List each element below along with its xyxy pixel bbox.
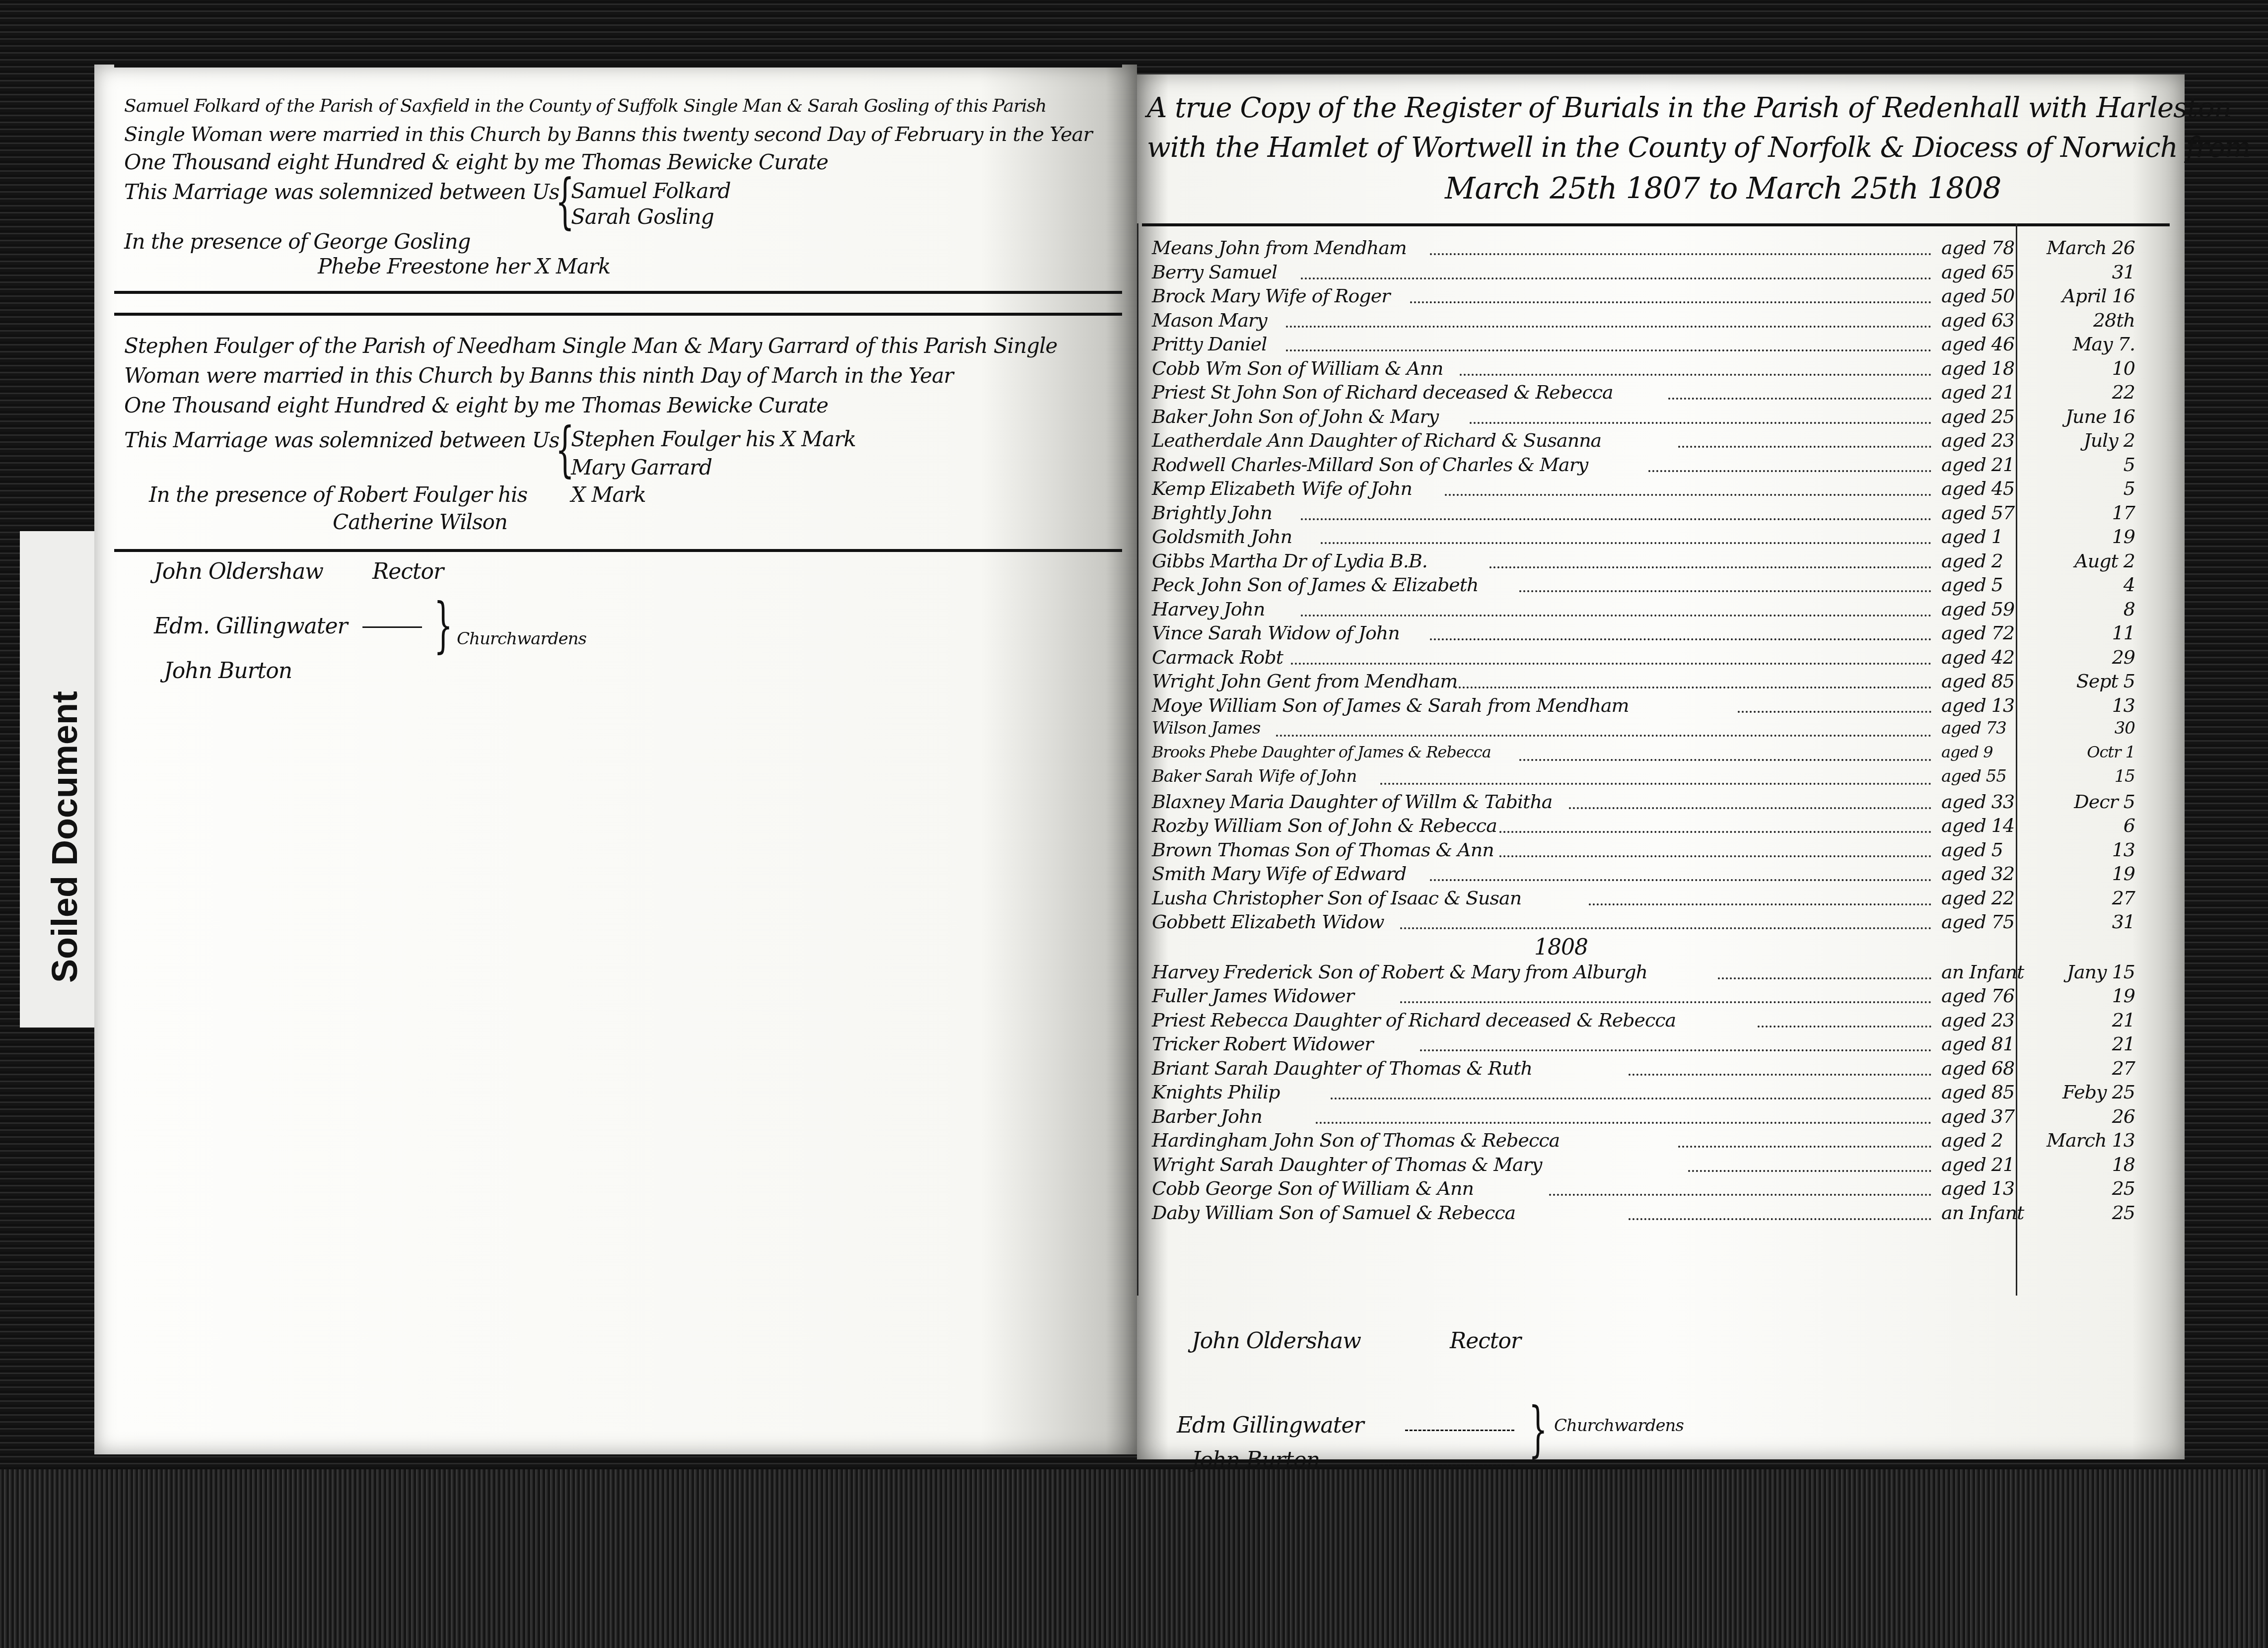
burial-age: aged 76 xyxy=(1941,986,2014,1005)
burial-date: 25 xyxy=(2026,1179,2135,1198)
burial-row: Goldsmith Johnaged 119 xyxy=(1152,527,2175,551)
churchwardens-label: Churchwardens xyxy=(1554,1417,1684,1434)
churchwarden-signature: Edm. Gillingwater xyxy=(154,616,348,637)
burial-date: 25 xyxy=(2026,1203,2135,1222)
burial-date: 29 xyxy=(2026,648,2135,667)
burial-age: aged 2 xyxy=(1941,551,2003,570)
dotted-leader xyxy=(1316,1122,1931,1124)
burial-row: Peck John Son of James & Elizabethaged 5… xyxy=(1152,575,2175,600)
burial-row: Rodwell Charles-Millard Son of Charles &… xyxy=(1152,455,2175,480)
entry-line: Woman were married in this Church by Ban… xyxy=(124,365,953,386)
dotted-leader xyxy=(1519,590,1931,592)
burial-age: aged 9 xyxy=(1941,744,1993,760)
dotted-leader xyxy=(1286,349,1931,351)
burial-row: Brightly Johnaged 5717 xyxy=(1152,503,2175,528)
dotted-leader xyxy=(1758,1026,1931,1028)
burial-date: 13 xyxy=(2026,840,2135,859)
burial-row: Kemp Elizabeth Wife of Johnaged 455 xyxy=(1152,479,2175,503)
burial-age: aged 13 xyxy=(1941,1179,2014,1198)
dotted-leader xyxy=(1455,687,1931,688)
burial-name: Brooks Phebe Daughter of James & Rebecca xyxy=(1152,744,1491,760)
dotted-leader xyxy=(1276,735,1931,737)
burial-age: aged 81 xyxy=(1941,1034,2014,1053)
year-divider: 1808 xyxy=(1534,937,1588,959)
burial-name: Barber John xyxy=(1152,1107,1262,1126)
burial-row: Gobbett Elizabeth Widowaged 7531 xyxy=(1152,912,2175,937)
burial-row: Wright John Gent from Mendhamaged 85Sept… xyxy=(1152,672,2175,696)
burial-date: May 7. xyxy=(2026,335,2135,353)
burial-date: 22 xyxy=(2026,383,2135,402)
burial-age: aged 57 xyxy=(1941,503,2014,522)
burial-name: Wright John Gent from Mendham xyxy=(1152,672,1457,690)
burial-name: Baker John Son of John & Mary xyxy=(1152,407,1438,426)
burial-date: 27 xyxy=(2026,889,2135,907)
dotted-leader xyxy=(1420,1049,1931,1051)
burial-row: Brooks Phebe Daughter of James & Rebecca… xyxy=(1152,744,2175,768)
title-line-2: with the Hamlet of Wortwell in the Count… xyxy=(1147,134,2251,162)
burial-age: aged 37 xyxy=(1941,1107,2014,1126)
burial-name: Fuller James Widower xyxy=(1152,986,1354,1005)
dotted-leader xyxy=(1629,1074,1931,1076)
burial-date: 8 xyxy=(2026,600,2135,618)
table-border-left xyxy=(1137,223,1138,1296)
dotted-leader xyxy=(1430,638,1931,640)
burial-name: Means John from Mendham xyxy=(1152,238,1407,257)
entry-line: Samuel Folkard of the Parish of Saxfield… xyxy=(124,97,1047,115)
burial-date: June 16 xyxy=(2026,407,2135,426)
churchwarden-signature: John Burton xyxy=(164,660,292,682)
solemnized-label: This Marriage was solemnized between Us xyxy=(124,430,559,451)
dotted-leader xyxy=(1410,301,1931,303)
burial-name: Priest St John Son of Richard deceased &… xyxy=(1152,383,1613,402)
left-page-marriage-register: Samuel Folkard of the Parish of Saxfield… xyxy=(94,65,1137,1454)
burial-row: Brown Thomas Son of Thomas & Annaged 513 xyxy=(1152,840,2175,865)
burial-name: Lusha Christopher Son of Isaac & Susan xyxy=(1152,889,1521,907)
burial-name: Brown Thomas Son of Thomas & Ann xyxy=(1152,840,1494,859)
burial-age: an Infant xyxy=(1941,962,2024,981)
burial-row: Berry Samuelaged 6531 xyxy=(1152,263,2175,287)
dotted-leader xyxy=(1291,663,1931,665)
burial-age: aged 45 xyxy=(1941,479,2014,498)
dotted-leader xyxy=(1445,494,1931,496)
burial-age: aged 21 xyxy=(1941,383,2014,402)
burial-name: Brock Mary Wife of Roger xyxy=(1152,286,1390,305)
party-name: Samuel Folkard xyxy=(571,181,730,202)
burial-name: Cobb Wm Son of William & Ann xyxy=(1152,359,1443,378)
burial-row: Lusha Christopher Son of Isaac & Susanag… xyxy=(1152,889,2175,913)
dotted-leader xyxy=(1688,1170,1931,1172)
burial-row: Rozby William Son of John & Rebeccaaged … xyxy=(1152,816,2175,840)
burial-age: an Infant xyxy=(1941,1203,2024,1222)
burial-age: aged 65 xyxy=(1941,263,2014,281)
burial-row: Baker John Son of John & Maryaged 25June… xyxy=(1152,407,2175,431)
burial-row: Smith Mary Wife of Edwardaged 3219 xyxy=(1152,864,2175,889)
burial-age: aged 21 xyxy=(1941,1155,2014,1174)
burial-date: Decr 5 xyxy=(2026,792,2135,811)
burial-date: 21 xyxy=(2026,1011,2135,1030)
dotted-leader xyxy=(1549,1194,1931,1196)
burial-age: aged 68 xyxy=(1941,1059,2014,1078)
burial-row: Hardingham John Son of Thomas & Rebeccaa… xyxy=(1152,1131,2175,1155)
dotted-leader xyxy=(1301,277,1931,279)
churchwarden-signature: John Burton xyxy=(1192,1449,1320,1471)
burial-age: aged 78 xyxy=(1941,238,2014,257)
burial-date: 19 xyxy=(2026,864,2135,883)
burial-date: 5 xyxy=(2026,455,2135,474)
burial-row: Blaxney Maria Daughter of Willm & Tabith… xyxy=(1152,792,2175,817)
burial-date: March 13 xyxy=(2026,1131,2135,1150)
burial-date: 18 xyxy=(2026,1155,2135,1174)
burial-age: aged 32 xyxy=(1941,864,2014,883)
rector-title: Rector xyxy=(372,561,443,583)
burial-age: aged 5 xyxy=(1941,575,2003,594)
burial-age: aged 73 xyxy=(1941,720,2006,737)
burial-name: Priest Rebecca Daughter of Richard decea… xyxy=(1152,1011,1676,1030)
dotted-leader xyxy=(1380,783,1931,785)
burial-date: 15 xyxy=(2026,768,2135,785)
burial-name: Pritty Daniel xyxy=(1152,335,1267,353)
burial-name: Brightly John xyxy=(1152,503,1272,522)
burial-age: aged 50 xyxy=(1941,286,2014,305)
burial-date: Sept 5 xyxy=(2026,672,2135,690)
dotted-leader xyxy=(1648,470,1931,472)
entry-line: Stephen Foulger of the Parish of Needham… xyxy=(124,336,1057,356)
burial-row: Means John from Mendhamaged 78March 26 xyxy=(1152,238,2175,263)
burial-row: Cobb George Son of William & Annaged 132… xyxy=(1152,1179,2175,1203)
marriage-entry-2: Stephen Foulger of the Parish of Needham… xyxy=(114,313,1122,552)
burial-row: Carmack Robtaged 4229 xyxy=(1152,648,2175,672)
burial-name: Baker Sarah Wife of John xyxy=(1152,768,1356,785)
soiled-document-label: Soiled Document xyxy=(45,691,85,983)
burial-row: Barber Johnaged 3726 xyxy=(1152,1107,2175,1131)
burial-name: Tricker Robert Widower xyxy=(1152,1034,1373,1053)
burial-age: aged 75 xyxy=(1941,912,2014,931)
burial-row: Wright Sarah Daughter of Thomas & Maryag… xyxy=(1152,1155,2175,1179)
entry-line: One Thousand eight Hundred & eight by me… xyxy=(124,152,828,173)
dotted-leader xyxy=(1489,566,1931,568)
burial-name: Rodwell Charles-Millard Son of Charles &… xyxy=(1152,455,1588,474)
witness-line: In the presence of George Gosling xyxy=(124,231,470,252)
burial-age: aged 21 xyxy=(1941,455,2014,474)
burial-age: aged 46 xyxy=(1941,335,2014,353)
scanner-bottom-band xyxy=(0,1469,2268,1648)
entry-line: One Thousand eight Hundred & eight by me… xyxy=(124,395,828,416)
dotted-leader xyxy=(1519,759,1931,761)
burial-name: Knights Philip xyxy=(1152,1083,1280,1101)
burial-name: Peck John Son of James & Elizabeth xyxy=(1152,575,1479,594)
dotted-leader xyxy=(1400,927,1931,929)
burial-name: Gobbett Elizabeth Widow xyxy=(1152,912,1384,931)
party-name: Stephen Foulger his X Mark xyxy=(571,429,856,450)
burial-name: Mason Mary xyxy=(1152,311,1267,330)
burial-row: Harvey Johnaged 598 xyxy=(1152,600,2175,624)
burial-age: aged 23 xyxy=(1941,431,2014,450)
burial-age: aged 5 xyxy=(1941,840,2003,859)
churchwardens-label: Churchwardens xyxy=(457,630,586,647)
burial-age: aged 42 xyxy=(1941,648,2014,667)
burial-name: Wilson James xyxy=(1152,720,1260,737)
rector-signature: John Oldershaw xyxy=(1192,1330,1361,1352)
dotted-leader xyxy=(1470,422,1931,424)
burial-name: Hardingham John Son of Thomas & Rebecca xyxy=(1152,1131,1559,1150)
burial-row: Harvey Frederick Son of Robert & Mary fr… xyxy=(1152,962,2175,987)
dotted-leader xyxy=(1286,326,1931,328)
burial-row: Wilson Jamesaged 7330 xyxy=(1152,720,2175,744)
dotted-leader xyxy=(1678,1146,1931,1148)
burial-name: Smith Mary Wife of Edward xyxy=(1152,864,1406,883)
witness-line: Catherine Wilson xyxy=(333,512,507,533)
dotted-leader xyxy=(1499,831,1931,833)
burial-date: 27 xyxy=(2026,1059,2135,1078)
dotted-leader xyxy=(1718,977,1931,979)
churchwarden-signature: Edm Gillingwater xyxy=(1177,1415,1364,1437)
dotted-leader xyxy=(1629,1218,1931,1220)
burial-date: 31 xyxy=(2026,263,2135,281)
burial-age: aged 22 xyxy=(1941,889,2014,907)
burial-date: Octr 1 xyxy=(2026,744,2135,760)
burial-age: aged 63 xyxy=(1941,311,2014,330)
burial-age: aged 59 xyxy=(1941,600,2014,618)
burial-row: Briant Sarah Daughter of Thomas & Ruthag… xyxy=(1152,1059,2175,1083)
burial-name: Wright Sarah Daughter of Thomas & Mary xyxy=(1152,1155,1542,1174)
burial-age: aged 1 xyxy=(1941,527,2003,546)
burial-name: Vince Sarah Widow of John xyxy=(1152,623,1400,642)
dotted-leader xyxy=(1668,398,1931,400)
burial-date: 19 xyxy=(2026,986,2135,1005)
title-line-3: March 25th 1807 to March 25th 1808 xyxy=(1445,174,2001,204)
burial-date: 5 xyxy=(2026,479,2135,498)
burial-date: 10 xyxy=(2026,359,2135,378)
burial-row: Tricker Robert Widoweraged 8121 xyxy=(1152,1034,2175,1059)
burial-name: Briant Sarah Daughter of Thomas & Ruth xyxy=(1152,1059,1532,1078)
burial-age: aged 33 xyxy=(1941,792,2014,811)
burial-name: Berry Samuel xyxy=(1152,263,1277,281)
burial-row: Daby William Son of Samuel & Rebeccaan I… xyxy=(1152,1203,2175,1228)
witness-line: In the presence of Robert Foulger his xyxy=(149,484,527,505)
burial-age: aged 23 xyxy=(1941,1011,2014,1030)
dotted-leader xyxy=(1430,879,1931,881)
burial-date: March 26 xyxy=(2026,238,2135,257)
witness-line: Phebe Freestone her X Mark xyxy=(318,256,610,277)
signature-dash xyxy=(362,617,422,628)
burial-date: Feby 25 xyxy=(2026,1083,2135,1101)
brace-icon: } xyxy=(1529,1400,1548,1459)
burial-date: July 2 xyxy=(2026,431,2135,450)
burial-row: Pritty Danielaged 46May 7. xyxy=(1152,335,2175,359)
dotted-leader xyxy=(1321,542,1931,544)
dotted-leader xyxy=(1569,807,1931,809)
entry-line: Single Woman were married in this Church… xyxy=(124,125,1092,144)
rector-signature: John Oldershaw xyxy=(154,561,323,583)
party-name: Mary Garrard xyxy=(571,457,712,478)
witness-mark: X Mark xyxy=(571,484,646,505)
right-page-burial-register: A true Copy of the Register of Burials i… xyxy=(1137,74,2185,1459)
burial-date: Augt 2 xyxy=(2026,551,2135,570)
brace-icon: } xyxy=(434,596,453,655)
burial-name: Goldsmith John xyxy=(1152,527,1292,546)
party-name: Sarah Gosling xyxy=(571,206,714,227)
burial-row: Cobb Wm Son of William & Annaged 1810 xyxy=(1152,359,2175,383)
solemnized-label: This Marriage was solemnized between Us xyxy=(124,182,559,203)
burial-age: aged 13 xyxy=(1941,696,2014,715)
burial-row: Gibbs Martha Dr of Lydia B.B.aged 2Augt … xyxy=(1152,551,2175,576)
burial-name: Moye William Son of James & Sarah from M… xyxy=(1152,696,1629,715)
burial-age: aged 14 xyxy=(1941,816,2014,835)
burial-date: 11 xyxy=(2026,623,2135,642)
dotted-leader xyxy=(1331,1098,1931,1099)
dotted-leader xyxy=(1589,903,1931,905)
burial-name: Harvey Frederick Son of Robert & Mary fr… xyxy=(1152,962,1647,981)
burial-row: Brock Mary Wife of Rogeraged 50April 16 xyxy=(1152,286,2175,311)
signature-dash xyxy=(1380,1454,1514,1466)
burial-name: Harvey John xyxy=(1152,600,1265,618)
burial-rows: Means John from Mendhamaged 78March 26 B… xyxy=(1152,238,2175,1227)
year-divider-row: 1808 xyxy=(1152,937,2175,962)
burial-date: 6 xyxy=(2026,816,2135,835)
burial-date: 21 xyxy=(2026,1034,2135,1053)
burial-date: 26 xyxy=(2026,1107,2135,1126)
burial-row: Fuller James Widoweraged 7619 xyxy=(1152,986,2175,1011)
burial-date: 30 xyxy=(2026,720,2135,737)
burial-date: Jany 15 xyxy=(2026,962,2135,981)
burial-age: aged 55 xyxy=(1941,768,2006,785)
burial-name: Daby William Son of Samuel & Rebecca xyxy=(1152,1203,1515,1222)
burial-date: April 16 xyxy=(2026,286,2135,305)
burial-row: Priest Rebecca Daughter of Richard decea… xyxy=(1152,1011,2175,1035)
burial-age: aged 85 xyxy=(1941,672,2014,690)
title-line-1: A true Copy of the Register of Burials i… xyxy=(1147,94,2231,122)
burial-date: 31 xyxy=(2026,912,2135,931)
rector-title: Rector xyxy=(1450,1330,1521,1352)
burial-date: 17 xyxy=(2026,503,2135,522)
burial-row: Baker Sarah Wife of Johnaged 5515 xyxy=(1152,768,2175,792)
burial-date: 28th xyxy=(2026,311,2135,330)
burial-name: Kemp Elizabeth Wife of John xyxy=(1152,479,1412,498)
signature-dash xyxy=(1405,1420,1514,1431)
dotted-leader xyxy=(1400,1001,1931,1003)
burial-age: aged 85 xyxy=(1941,1083,2014,1101)
dotted-leader xyxy=(1738,711,1931,713)
dotted-leader xyxy=(1678,446,1931,448)
burial-row: Vince Sarah Widow of Johnaged 7211 xyxy=(1152,623,2175,648)
marriage-entry-1: Samuel Folkard of the Parish of Saxfield… xyxy=(114,65,1122,294)
burial-name: Rozby William Son of John & Rebecca xyxy=(1152,816,1497,835)
burial-age: aged 2 xyxy=(1941,1131,2003,1150)
burial-row: Mason Maryaged 6328th xyxy=(1152,311,2175,335)
burial-date: 4 xyxy=(2026,575,2135,594)
burial-name: Cobb George Son of William & Ann xyxy=(1152,1179,1474,1198)
dotted-leader xyxy=(1460,374,1931,376)
burial-row: Priest St John Son of Richard deceased &… xyxy=(1152,383,2175,407)
burial-date: 19 xyxy=(2026,527,2135,546)
burial-name: Blaxney Maria Daughter of Willm & Tabith… xyxy=(1152,792,1553,811)
burial-row: Knights Philipaged 85Feby 25 xyxy=(1152,1083,2175,1107)
dotted-leader xyxy=(1499,855,1931,857)
burial-date: 13 xyxy=(2026,696,2135,715)
burial-row: Leatherdale Ann Daughter of Richard & Su… xyxy=(1152,431,2175,455)
dotted-leader xyxy=(1430,253,1931,255)
burial-name: Leatherdale Ann Daughter of Richard & Su… xyxy=(1152,431,1601,450)
burial-age: aged 18 xyxy=(1941,359,2014,378)
burial-age: aged 25 xyxy=(1941,407,2014,426)
burial-name: Gibbs Martha Dr of Lydia B.B. xyxy=(1152,551,1427,570)
dotted-leader xyxy=(1301,615,1931,617)
dotted-leader xyxy=(1301,518,1931,520)
burial-age: aged 72 xyxy=(1941,623,2014,642)
burial-name: Carmack Robt xyxy=(1152,648,1283,667)
burial-row: Moye William Son of James & Sarah from M… xyxy=(1152,696,2175,720)
